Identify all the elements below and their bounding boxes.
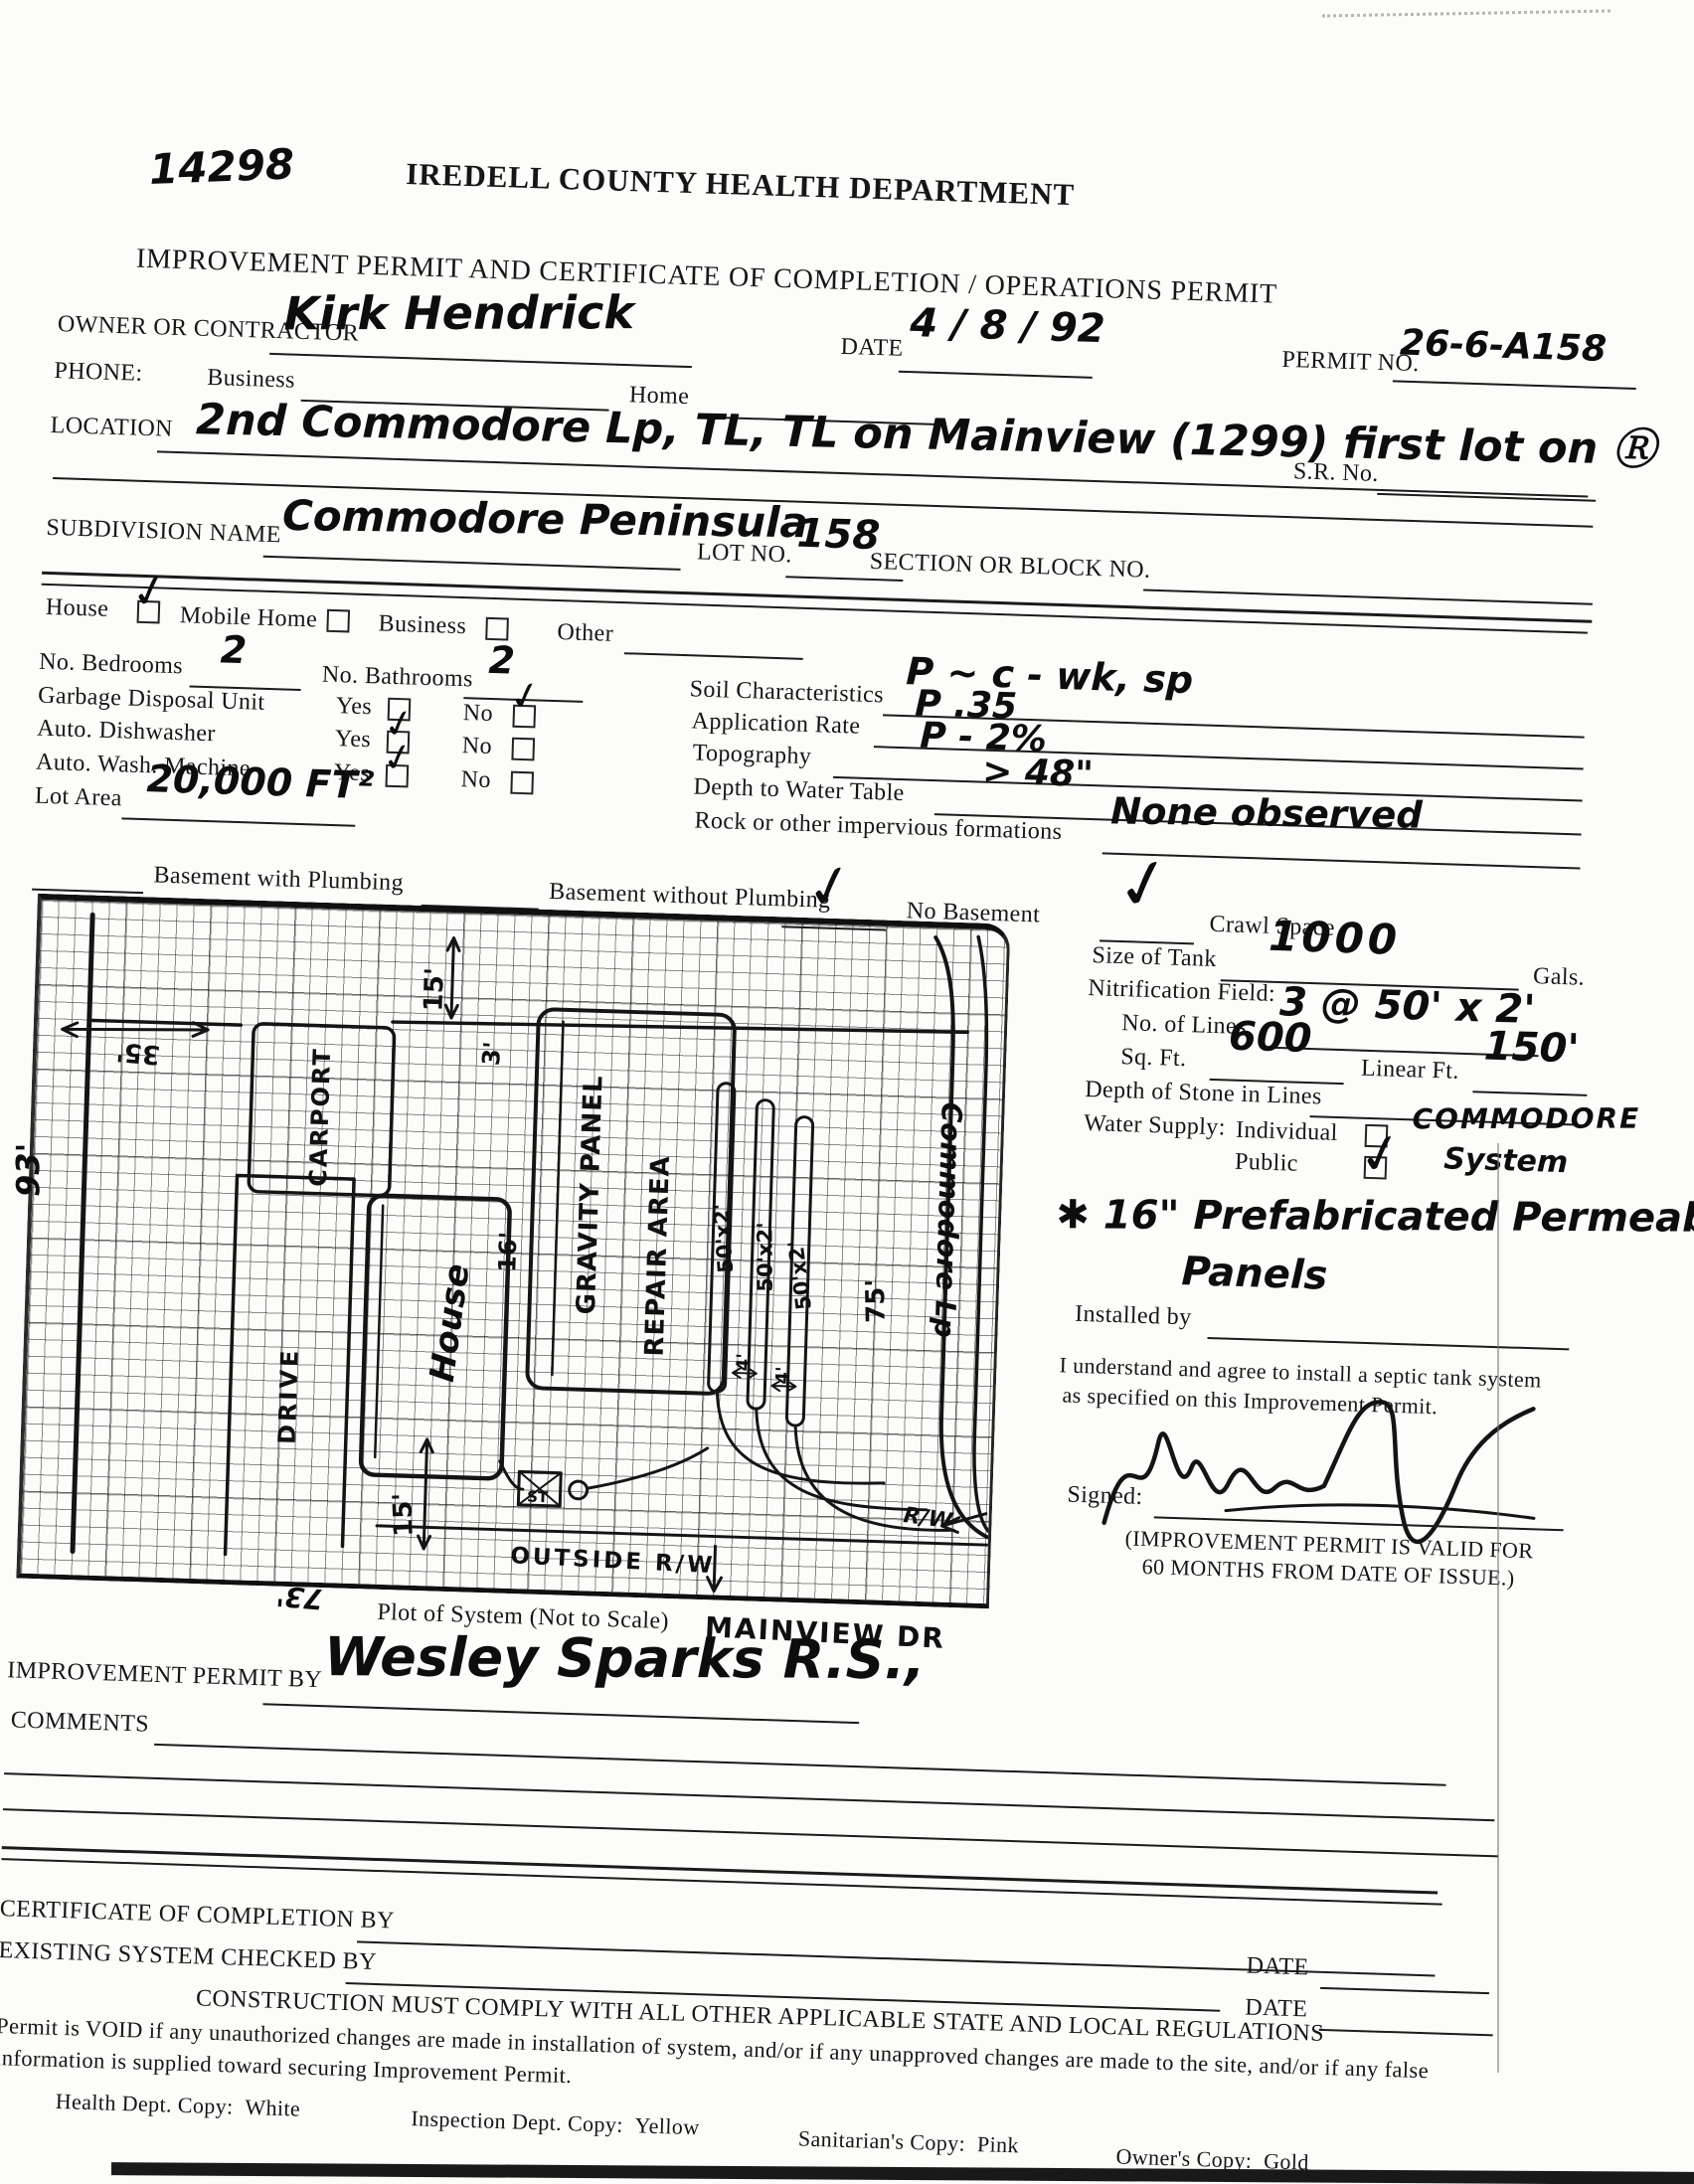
lot-no-label: LOT NO. bbox=[697, 539, 792, 569]
copy-inspection-label: Inspection Dept. Copy: bbox=[411, 2105, 623, 2137]
gravity-panel-label: GRAVITY PANEL bbox=[574, 1075, 607, 1315]
panels-note-line1: ✱ 16" Prefabricated Permeable bbox=[1056, 1192, 1694, 1242]
location-value: 2nd Commodore Lp, TL, TL on Mainview (12… bbox=[196, 386, 1656, 477]
other-line bbox=[624, 652, 803, 660]
line-1-label: 50'x2' bbox=[711, 1203, 737, 1274]
basement-without-label: Basement without Plumbing bbox=[549, 879, 831, 915]
linear-ft-line bbox=[1472, 1091, 1587, 1096]
rock-label: Rock or other impervious formations bbox=[694, 808, 1063, 847]
basement-with-label: Basement with Plumbing bbox=[153, 862, 404, 897]
dishwasher-yes-label: Yes bbox=[335, 726, 372, 754]
existing-label: EXISTING SYSTEM CHECKED BY bbox=[0, 1937, 377, 1976]
business-label: Business bbox=[378, 610, 466, 640]
date-label-1: DATE bbox=[1246, 1953, 1309, 1982]
date-label: DATE bbox=[840, 334, 904, 363]
section-line bbox=[1143, 589, 1593, 605]
garbage-yes-label: Yes bbox=[336, 693, 373, 721]
permit-no-value: 26-6-A158 bbox=[1399, 323, 1607, 371]
certificate-label: CERTIFICATE OF COMPLETION BY bbox=[0, 1896, 395, 1934]
copy-health: Health Dept. Copy: White bbox=[55, 2089, 300, 2122]
section-label: SECTION OR BLOCK NO. bbox=[869, 549, 1150, 585]
linear-ft-label: Linear Ft. bbox=[1361, 1056, 1459, 1086]
bedrooms-label: No. Bedrooms bbox=[39, 649, 184, 681]
washer-no-label: No bbox=[460, 766, 491, 794]
copy-inspection: Inspection Dept. Copy: Yellow bbox=[411, 2105, 700, 2140]
date-line-2 bbox=[1319, 2029, 1493, 2036]
line-2-label: 50'x2' bbox=[755, 1222, 775, 1291]
page-title: IREDELL COUNTY HEALTH DEPARTMENT bbox=[352, 154, 1128, 214]
lot-area-label: Lot Area bbox=[35, 783, 123, 813]
lot-area-line bbox=[121, 817, 355, 826]
nitrification-label: Nitrification Field: bbox=[1088, 975, 1275, 1008]
public-label: Public bbox=[1235, 1149, 1299, 1178]
bottom-rule-2 bbox=[1, 1858, 1441, 1906]
dim-15-top-label: 15' bbox=[421, 967, 447, 1012]
improvement-permit-by-label: IMPROVEMENT PERMIT BY bbox=[7, 1657, 323, 1694]
gals-label: Gals. bbox=[1533, 963, 1586, 992]
mobile-home-checkbox bbox=[326, 609, 350, 633]
dim-93-label: 93' bbox=[9, 1143, 47, 1197]
water-supply-value-1: Commodore bbox=[1413, 1102, 1641, 1136]
individual-label: Individual bbox=[1236, 1117, 1338, 1147]
date-line-1 bbox=[1320, 1987, 1489, 1994]
comments-line bbox=[154, 1744, 1445, 1786]
subdivision-value: Commodore Peninsula bbox=[282, 491, 808, 547]
form-number: 14298 bbox=[148, 139, 295, 194]
date-label-2: DATE bbox=[1245, 1994, 1308, 2023]
linear-ft-value: 150' bbox=[1483, 1024, 1580, 1073]
dishwasher-no-label: No bbox=[461, 733, 492, 760]
scan-artifact-top-right-noise bbox=[1322, 9, 1610, 17]
check-icon: ✓ bbox=[126, 565, 173, 617]
water-supply-label: Water Supply: bbox=[1084, 1110, 1226, 1141]
check-icon: ✓ bbox=[1353, 1123, 1409, 1185]
bedrooms-value: 2 bbox=[220, 627, 248, 672]
bathrooms-label: No. Bathrooms bbox=[322, 662, 474, 694]
water-table-value: > 48" bbox=[982, 752, 1095, 795]
water-supply-value-2: System bbox=[1443, 1141, 1569, 1180]
house-label: House bbox=[46, 594, 109, 623]
blank-line-2 bbox=[3, 1808, 1498, 1857]
phone-label: PHONE: bbox=[54, 358, 143, 388]
copy-health-label: Health Dept. Copy: bbox=[55, 2089, 234, 2119]
dim-3-label: 3' bbox=[479, 1041, 505, 1067]
dim-4b-label: 4' bbox=[774, 1366, 793, 1385]
bottom-rule-1 bbox=[2, 1846, 1438, 1894]
improvement-permit-by-line bbox=[262, 1703, 859, 1724]
lot-no-value: 158 bbox=[796, 511, 881, 560]
improvement-permit-by-value: Wesley Sparks R.S., bbox=[324, 1625, 926, 1691]
carport-label: CARPORT bbox=[306, 1047, 334, 1187]
date-value: 4 / 8 / 92 bbox=[910, 300, 1106, 352]
dishwasher-no-checkbox bbox=[511, 738, 535, 761]
installed-by-line bbox=[1207, 1337, 1569, 1350]
garbage-label: Garbage Disposal Unit bbox=[38, 683, 265, 717]
comments-label: COMMENTS bbox=[10, 1707, 149, 1738]
copy-sanitarian: Sanitarian's Copy: Pink bbox=[798, 2125, 1020, 2158]
drive-label: DRIVE bbox=[275, 1347, 302, 1444]
sq-ft-value: 600 bbox=[1228, 1013, 1312, 1062]
check-icon: ✓ bbox=[506, 674, 545, 718]
sq-ft-label: Sq. Ft. bbox=[1120, 1044, 1187, 1073]
washer-no-checkbox bbox=[510, 771, 534, 795]
tank-label: ST bbox=[527, 1490, 549, 1506]
size-of-tank-label: Size of Tank bbox=[1092, 942, 1217, 973]
dim-4a-label: 4' bbox=[735, 1353, 754, 1372]
dim-75-label: 75' bbox=[863, 1278, 890, 1323]
copy-sanitarian-label: Sanitarian's Copy: bbox=[798, 2125, 966, 2155]
location-label: LOCATION bbox=[50, 413, 173, 443]
rock-value: None observed bbox=[1110, 789, 1423, 836]
lot-no-line bbox=[785, 576, 903, 582]
copy-health-value: White bbox=[245, 2095, 301, 2121]
panels-note-line2: Panels bbox=[1181, 1249, 1328, 1299]
topography-label: Topography bbox=[692, 740, 811, 770]
dim-16-label: 16' bbox=[495, 1232, 520, 1272]
owner-value: Kirk Hendrick bbox=[283, 285, 634, 340]
dim-35-label: 35' bbox=[115, 1038, 161, 1068]
lot-area-value: 20,000 FT² bbox=[146, 756, 375, 807]
permit-no-line bbox=[1393, 380, 1636, 390]
owner-line bbox=[269, 353, 692, 368]
scanned-form: 14298 IREDELL COUNTY HEALTH DEPARTMENT I… bbox=[0, 70, 1647, 2184]
size-of-tank-value: 1000 bbox=[1268, 912, 1401, 964]
rock-line bbox=[1102, 852, 1581, 869]
application-rate-label: Application Rate bbox=[691, 708, 860, 740]
soil-characteristics-label: Soil Characteristics bbox=[689, 676, 884, 709]
dishwasher-label: Auto. Dishwasher bbox=[37, 716, 216, 749]
other-label: Other bbox=[557, 619, 613, 648]
dim-73-label: 73' bbox=[275, 1579, 325, 1615]
date-line bbox=[899, 371, 1093, 379]
dim-15-bottom-label: 15' bbox=[390, 1492, 418, 1537]
signed-label: Signed: bbox=[1067, 1482, 1143, 1511]
mobile-home-label: Mobile Home bbox=[179, 602, 317, 633]
garbage-no-label: No bbox=[462, 700, 493, 728]
subdivision-label: SUBDIVISION NAME bbox=[46, 515, 281, 549]
copy-inspection-value: Yellow bbox=[634, 2112, 700, 2139]
repair-area-label: REPAIR AREA bbox=[642, 1155, 674, 1357]
check-icon: ✓ bbox=[1109, 846, 1179, 924]
sr-no-label: S.R. No. bbox=[1292, 458, 1379, 488]
copy-sanitarian-value: Pink bbox=[977, 2131, 1020, 2157]
installed-by-label: Installed by bbox=[1075, 1301, 1192, 1332]
subdivision-line bbox=[263, 556, 681, 571]
plot-grid: 35' 15' 3' CARPORT DRIVE House 16' GRAVI… bbox=[16, 894, 1010, 1608]
scan-artifact-right-hairline bbox=[1497, 1143, 1499, 2073]
water-table-label: Depth to Water Table bbox=[693, 773, 905, 807]
